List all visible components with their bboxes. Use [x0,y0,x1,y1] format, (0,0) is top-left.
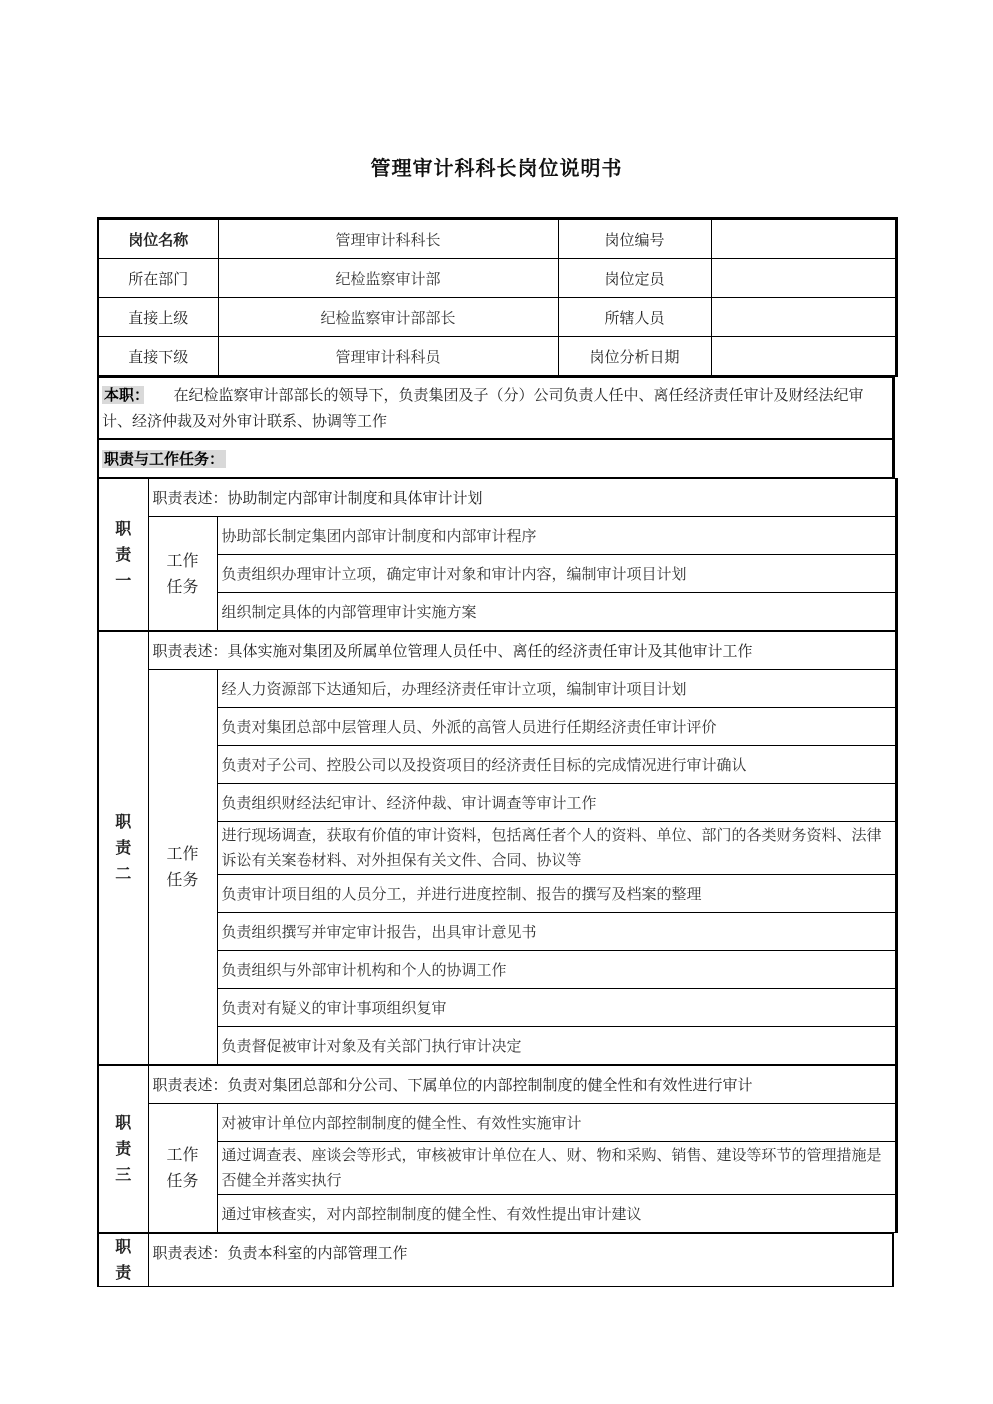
duty-3-task-row: 通过调查表、座谈会等形式，审核被审计单位在人、财、物和采购、销售、建设等环节的管… [98,1142,896,1195]
duty-2-task-row: 负责组织财经法纪审计、经济仲裁、审计调查等审计工作 [98,784,896,822]
duty-2-task-row: 负责审计项目组的人员分工，并进行进度控制、报告的撰写及档案的整理 [98,875,896,913]
duty-4-table: 职 责 职责表述：负责本科室的内部管理工作 [97,1233,894,1287]
duty-3-desc-row: 职 责 三 职责表述：负责对集团总部和分公司、下属单位的内部控制制度的健全性和有… [98,1066,896,1104]
value-headcount [711,259,896,298]
duty-2-task-4: 负责组织财经法纪审计、经济仲裁、审计调查等审计工作 [217,784,896,822]
document-title: 管理审计科科长岗位说明书 [0,152,993,181]
value-subordinate: 管理审计科科员 [218,337,558,377]
label-subordinate: 直接下级 [98,337,218,377]
duty-2-task-row: 负责组织撰写并审定审计报告，出具审计意见书 [98,913,896,951]
duty-1-task-row: 组织制定具体的内部管理审计实施方案 [98,593,896,631]
duty-1-task-2: 负责组织办理审计立项，确定审计对象和审计内容，编制审计项目计划 [217,555,896,593]
value-department: 纪检监察审计部 [218,259,558,298]
label-position-code: 岗位编号 [558,219,711,259]
duty-2-task-5: 进行现场调查，获取有价值的审计资料，包括离任者个人的资料、单位、部门的各类财务资… [217,822,896,875]
duty-1-task-3: 组织制定具体的内部管理审计实施方案 [217,593,896,631]
duty-2-label: 职 责 二 [98,632,148,1065]
duty-2-table: 职 责 二 职责表述：具体实施对集团及所属单位管理人员任中、离任的经济责任审计及… [97,631,898,1065]
duty-2-task-row: 工作 任务 经人力资源部下达通知后，办理经济责任审计立项，编制审计项目计划 [98,670,896,708]
duty-3-table: 职 责 三 职责表述：负责对集团总部和分公司、下属单位的内部控制制度的健全性和有… [97,1065,898,1233]
duty-2-task-label: 工作 任务 [148,670,217,1065]
duty-2-task-1: 经人力资源部下达通知后，办理经济责任审计立项，编制审计项目计划 [217,670,896,708]
duty-2-task-6: 负责审计项目组的人员分工，并进行进度控制、报告的撰写及档案的整理 [217,875,896,913]
summary-label: 本职： [102,386,144,404]
duty-2-task-row: 负责对集团总部中层管理人员、外派的高管人员进行任期经济责任审计评价 [98,708,896,746]
value-subordinates-count [711,298,896,337]
summary-table: 本职： 在纪检监察审计部部长的领导下，负责集团及子（分）公司负责人任中、离任经济… [97,377,895,478]
label-supervisor: 直接上级 [98,298,218,337]
duty-3-task-row: 通过审核查实，对内部控制制度的健全性、有效性提出审计建议 [98,1195,896,1233]
duty-2-task-10: 负责督促被审计对象及有关部门执行审计决定 [217,1027,896,1065]
info-row-position-name: 岗位名称 管理审计科科长 岗位编号 [98,219,896,259]
label-headcount: 岗位定员 [558,259,711,298]
duty-2-task-3: 负责对子公司、控股公司以及投资项目的经济责任目标的完成情况进行审计确认 [217,746,896,784]
duty-3-task-1: 对被审计单位内部控制制度的健全性、有效性实施审计 [217,1104,896,1142]
duty-1-task-row: 负责组织办理审计立项，确定审计对象和审计内容，编制审计项目计划 [98,555,896,593]
label-analysis-date: 岗位分析日期 [558,337,711,377]
duty-2-task-9: 负责对有疑义的审计事项组织复审 [217,989,896,1027]
duty-2-description: 职责表述：具体实施对集团及所属单位管理人员任中、离任的经济责任审计及其他审计工作 [148,632,896,670]
duty-2-desc-row: 职 责 二 职责表述：具体实施对集团及所属单位管理人员任中、离任的经济责任审计及… [98,632,896,670]
duty-2-task-2: 负责对集团总部中层管理人员、外派的高管人员进行任期经济责任审计评价 [217,708,896,746]
duty-3-label: 职 责 三 [98,1066,148,1233]
value-position-name: 管理审计科科长 [218,219,558,259]
duty-1-description: 职责表述：协助制定内部审计制度和具体审计计划 [148,479,896,517]
info-row-subordinate: 直接下级 管理审计科科员 岗位分析日期 [98,337,896,377]
value-analysis-date [711,337,896,377]
duties-heading-cell: 职责与工作任务： [98,439,894,478]
duty-3-task-3: 通过审核查实，对内部控制制度的健全性、有效性提出审计建议 [217,1195,896,1233]
duty-2-task-row: 负责对有疑义的审计事项组织复审 [98,989,896,1027]
summary-cell: 本职： 在纪检监察审计部部长的领导下，负责集团及子（分）公司负责人任中、离任经济… [98,378,894,440]
label-position-name: 岗位名称 [98,219,218,259]
info-row-supervisor: 直接上级 纪检监察审计部部长 所辖人员 [98,298,896,337]
value-position-code [711,219,896,259]
duties-heading-row: 职责与工作任务： [98,439,894,478]
duty-1-desc-row: 职 责 一 职责表述：协助制定内部审计制度和具体审计计划 [98,479,896,517]
duty-2-task-8: 负责组织与外部审计机构和个人的协调工作 [217,951,896,989]
summary-row: 本职： 在纪检监察审计部部长的领导下，负责集团及子（分）公司负责人任中、离任经济… [98,378,894,440]
label-department: 所在部门 [98,259,218,298]
duty-2-task-row: 负责督促被审计对象及有关部门执行审计决定 [98,1027,896,1065]
duty-4-desc-row: 职 责 职责表述：负责本科室的内部管理工作 [98,1234,893,1287]
info-table: 岗位名称 管理审计科科长 岗位编号 所在部门 纪检监察审计部 岗位定员 直接上级… [97,217,898,377]
duty-2-task-row: 负责组织与外部审计机构和个人的协调工作 [98,951,896,989]
duty-2-task-row: 负责对子公司、控股公司以及投资项目的经济责任目标的完成情况进行审计确认 [98,746,896,784]
duty-3-task-2: 通过调查表、座谈会等形式，审核被审计单位在人、财、物和采购、销售、建设等环节的管… [217,1142,896,1195]
value-supervisor: 纪检监察审计部部长 [218,298,558,337]
duty-1-table: 职 责 一 职责表述：协助制定内部审计制度和具体审计计划 工作 任务 协助部长制… [97,478,898,631]
duty-2-task-row: 进行现场调查，获取有价值的审计资料，包括离任者个人的资料、单位、部门的各类财务资… [98,822,896,875]
summary-text: 在纪检监察审计部部长的领导下，负责集团及子（分）公司负责人任中、离任经济责任审计… [102,386,864,430]
duty-4-description: 职责表述：负责本科室的内部管理工作 [148,1234,893,1287]
duty-3-task-label: 工作 任务 [148,1104,217,1233]
duties-heading: 职责与工作任务： [102,450,226,468]
label-subordinates-count: 所辖人员 [558,298,711,337]
duty-1-task-row: 工作 任务 协助部长制定集团内部审计制度和内部审计程序 [98,517,896,555]
duty-4-label: 职 责 [98,1234,148,1287]
job-description-sheet: 岗位名称 管理审计科科长 岗位编号 所在部门 纪检监察审计部 岗位定员 直接上级… [97,217,895,1287]
duty-3-description: 职责表述：负责对集团总部和分公司、下属单位的内部控制制度的健全性和有效性进行审计 [148,1066,896,1104]
duty-1-task-1: 协助部长制定集团内部审计制度和内部审计程序 [217,517,896,555]
info-row-department: 所在部门 纪检监察审计部 岗位定员 [98,259,896,298]
duty-1-task-label: 工作 任务 [148,517,217,631]
duty-1-label: 职 责 一 [98,479,148,631]
duty-3-task-row: 工作 任务 对被审计单位内部控制制度的健全性、有效性实施审计 [98,1104,896,1142]
duty-2-task-7: 负责组织撰写并审定审计报告，出具审计意见书 [217,913,896,951]
